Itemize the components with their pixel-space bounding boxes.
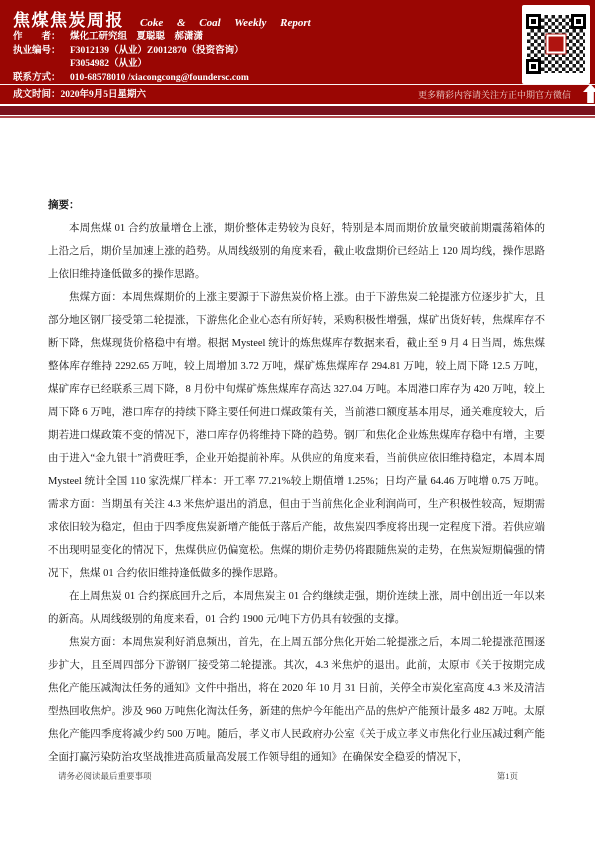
report-date-row: 成文时间：2020年9月5日星期六 xyxy=(13,88,146,102)
qr-center-logo-icon xyxy=(547,35,566,54)
up-arrow-icon xyxy=(583,84,595,103)
contact-row: 联系方式：010-68578010 /xiacongcong@foundersc… xyxy=(13,72,249,86)
license-value: F3012139（从业）Z0012870（投资咨询） xyxy=(70,46,244,56)
license-value-2: F3054982（从业） xyxy=(70,59,147,69)
author-row: 作 者：煤化工研究组 夏聪聪 郝潇潇 xyxy=(13,31,249,45)
report-title-en: Coke & Coal Weekly Report xyxy=(140,17,311,29)
report-page: 焦煤焦炭周报Coke & Coal Weekly Report 作 者：煤化工研… xyxy=(0,0,595,842)
report-header-banner: 焦煤焦炭周报Coke & Coal Weekly Report 作 者：煤化工研… xyxy=(0,0,595,104)
wechat-follow-note: 更多精彩内容请关注方正中期官方微信 xyxy=(418,88,571,102)
contact-value: 010-68578010 /xiacongcong@foundersc.com xyxy=(70,73,249,83)
contact-label: 联系方式： xyxy=(13,72,70,86)
summary-paragraph-1: 本周焦煤 01 合约放量增仓上涨，期价整体走势较为良好，特别是本周而期价放量突破… xyxy=(48,217,545,286)
summary-paragraph-2: 焦煤方面：本周焦煤期价的上涨主要源于下游焦炭价格上涨。由于下游焦炭二轮提涨方位逐… xyxy=(48,286,545,585)
header-divider-line xyxy=(0,84,595,85)
qr-finder-icon xyxy=(571,14,586,29)
summary-paragraph-4: 焦炭方面：本周焦炭利好消息频出，首先，在上周五部分焦化开始二轮提涨之后，本周二轮… xyxy=(48,631,545,769)
header-maroon-bar xyxy=(0,106,595,115)
summary-paragraph-3: 在上周焦炭 01 合约探底回升之后，本周焦炭主 01 合约继续走强，期价连续上涨… xyxy=(48,585,545,631)
header-info-fields: 作 者：煤化工研究组 夏聪聪 郝潇潇 执业编号：F3012139（从业）Z001… xyxy=(13,31,249,85)
footer-page-number: 第1页 xyxy=(497,770,518,784)
license-row-2: F3054982（从业） xyxy=(13,58,249,72)
summary-heading: 摘要： xyxy=(48,194,545,217)
author-label: 作 者： xyxy=(13,31,70,45)
report-body: 摘要： 本周焦煤 01 合约放量增仓上涨，期价整体走势较为良好，特别是本周而期价… xyxy=(48,118,545,769)
date-value: 2020年9月5日星期六 xyxy=(61,90,147,100)
license-label: 执业编号： xyxy=(13,45,70,59)
date-label: 成文时间： xyxy=(13,90,61,100)
header-bottom-row: 成文时间：2020年9月5日星期六 更多精彩内容请关注方正中期官方微信 xyxy=(13,88,571,102)
qr-pattern xyxy=(527,15,585,73)
license-row: 执业编号：F3012139（从业）Z0012870（投资咨询） xyxy=(13,45,249,59)
wechat-qr-code xyxy=(522,5,590,84)
qr-finder-icon xyxy=(526,59,541,74)
author-value: 煤化工研究组 夏聪聪 郝潇潇 xyxy=(70,32,203,42)
page-footer: 请务必阅读最后重要事项 第1页 xyxy=(58,770,518,784)
report-title-row: 焦煤焦炭周报Coke & Coal Weekly Report xyxy=(13,6,311,31)
qr-finder-icon xyxy=(526,14,541,29)
report-title-cn: 焦煤焦炭周报 xyxy=(13,11,124,30)
footer-disclaimer: 请务必阅读最后重要事项 xyxy=(58,770,152,784)
